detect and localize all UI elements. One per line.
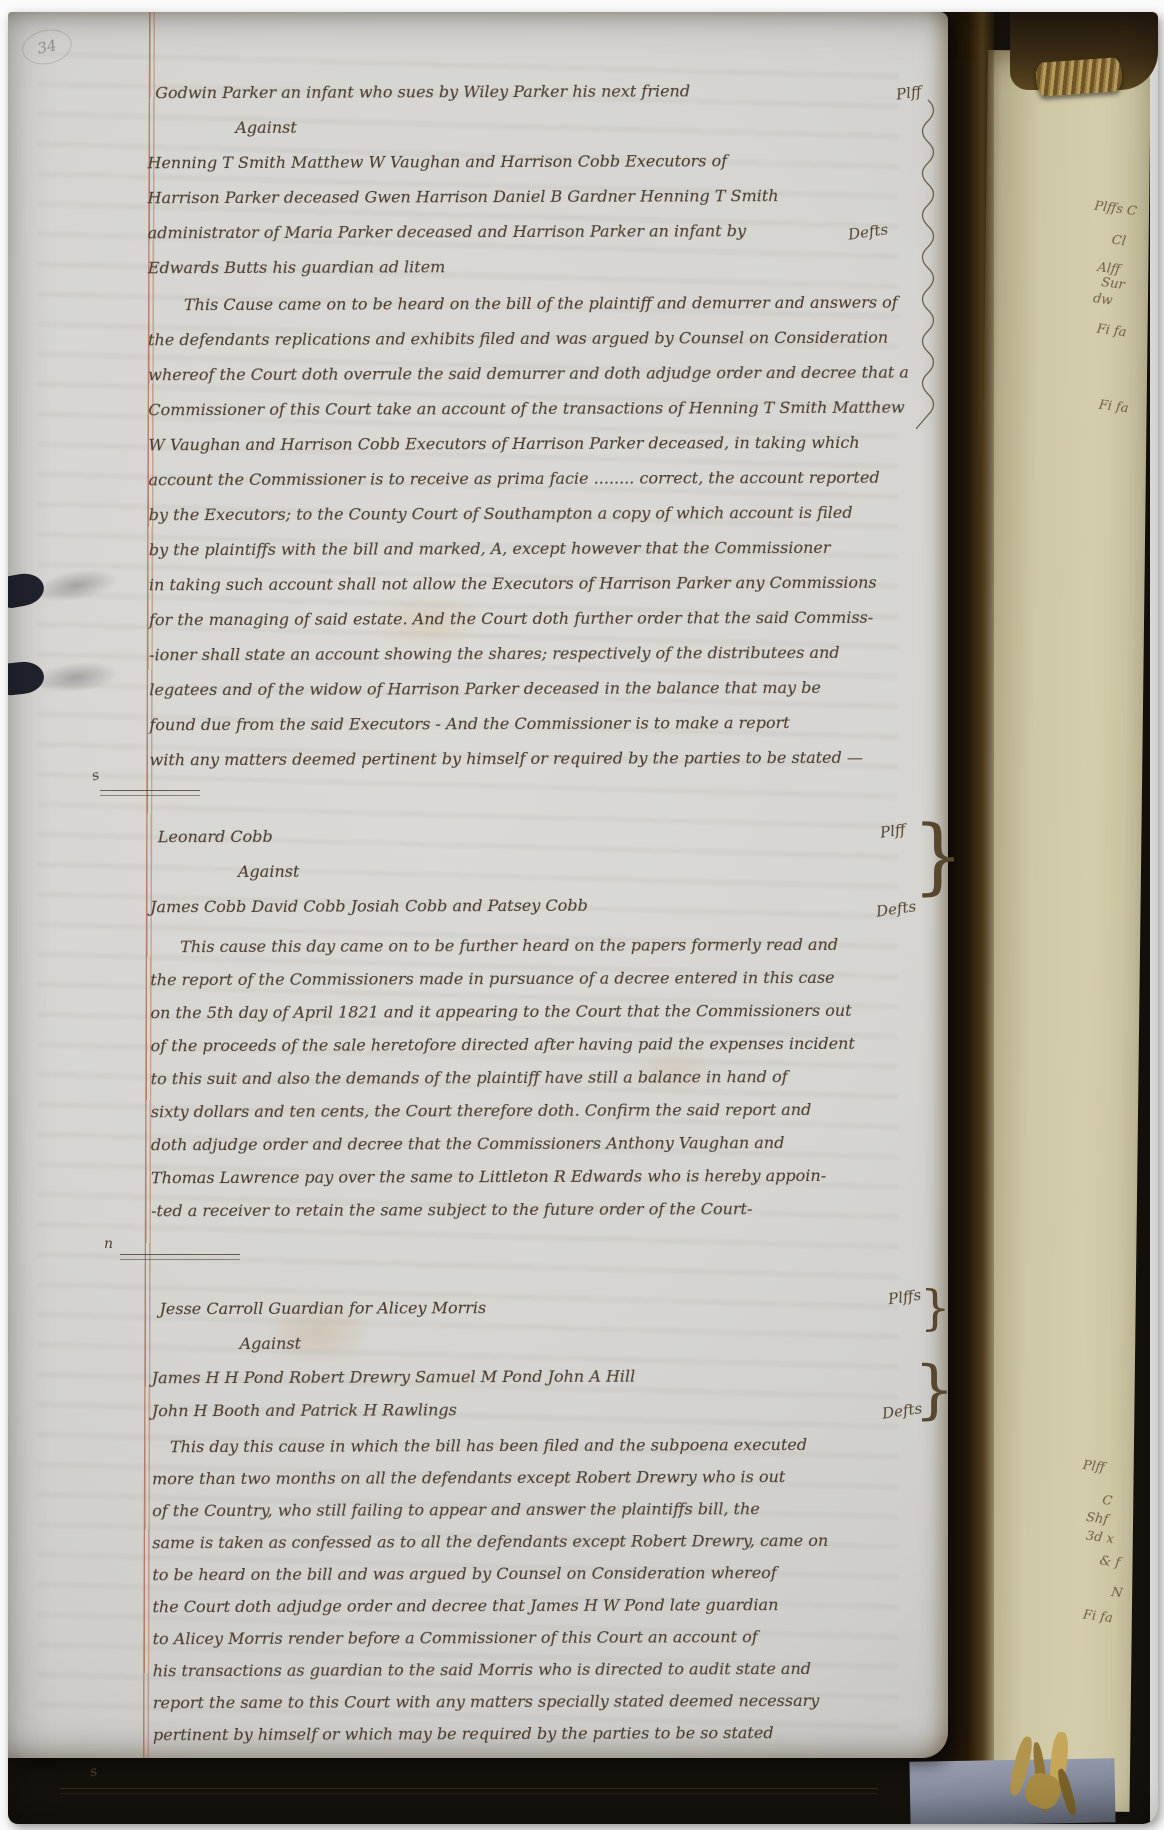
defendant-line: Henning T Smith Matthew W Vaughan and Ha… — [147, 143, 893, 181]
decree-line: by the Executors; to the County Court of… — [149, 495, 895, 533]
case-entry-1: Godwin Parker an infant who sues by Wile… — [147, 73, 895, 778]
decree-line: -ted a receiver to retain the same subje… — [151, 1192, 897, 1228]
decree-line: in taking such account shall not allow t… — [149, 565, 895, 603]
adjacent-page-note: Shf — [1085, 1510, 1109, 1528]
case-entry-2: Leonard Cobb Against James Cobb David Co… — [150, 817, 897, 1228]
decree-line: This Cause came on to be heard on the bi… — [148, 285, 894, 323]
brace-squiggle — [916, 98, 940, 434]
binder-clip-icon — [8, 660, 46, 696]
plaintiff-line: Jesse Carroll Guardian for Alicey Morris — [151, 1289, 897, 1327]
decree-line: -ioner shall state an account showing th… — [149, 635, 895, 673]
adjacent-page-note: C — [1101, 1493, 1113, 1509]
decree-line: pertinent by himself or which may be req… — [153, 1717, 899, 1752]
decree-line: on the 5th day of April 1821 and it appe… — [150, 994, 896, 1030]
adjacent-page: Plffs C Cl Alff Sur dw Fi fa Fi fa Plff … — [966, 50, 1150, 1812]
versus-line: Against — [152, 1324, 898, 1362]
defendant-lines: James Cobb David Cobb Josiah Cobb and Pa… — [150, 887, 896, 925]
decree-line: the defendants replications and exhibits… — [148, 320, 894, 358]
adjacent-page-note: Plff — [1082, 1458, 1106, 1476]
adjacent-page-note: & f — [1099, 1553, 1121, 1571]
decree-body: This cause this day came on to be furthe… — [150, 928, 897, 1228]
decree-line: report the same to this Court with any m… — [153, 1685, 899, 1720]
defendant-line: James Cobb David Cobb Josiah Cobb and Pa… — [150, 887, 896, 925]
versus-line: Against — [150, 852, 896, 890]
frayed-binding-threads — [996, 1728, 1116, 1824]
decree-line: of the Country, who still failing to app… — [152, 1493, 898, 1528]
decree-line: to be heard on the bill and was argued b… — [152, 1557, 898, 1592]
adjacent-page-note: Fi fa — [1096, 322, 1128, 341]
defendant-line: administrator of Maria Parker deceased a… — [148, 213, 894, 251]
divider-flourish: s — [88, 1763, 99, 1780]
adjacent-page-note: dw — [1092, 291, 1113, 308]
decree-line: the Court doth adjudge order and decree … — [152, 1589, 898, 1624]
manuscript-photo: Plffs C Cl Alff Sur dw Fi fa Fi fa Plff … — [8, 12, 1158, 1824]
defendant-line: Harrison Parker deceased Gwen Harrison D… — [148, 178, 894, 216]
screenshot-root: { "document": { "page_number": "34", "ca… — [0, 0, 1164, 1830]
decree-line: found due from the said Executors - And … — [149, 705, 895, 743]
defendant-line: James H H Pond Robert Drewry Samuel M Po… — [152, 1359, 898, 1395]
binding-stitches — [1035, 57, 1123, 97]
defendant-lines: James H H Pond Robert Drewry Samuel M Po… — [152, 1359, 898, 1428]
adjacent-page-note: Sur — [1100, 275, 1125, 293]
decree-line: account the Commissioner is to receive a… — [149, 460, 895, 498]
plaintiff-line: Godwin Parker an infant who sues by Wile… — [147, 73, 893, 111]
page-edge-highlight — [1150, 12, 1158, 1824]
defendant-line: Edwards Butts his guardian ad litem — [148, 248, 894, 286]
plaintiff-abbrev-label: Plffs — [887, 1286, 922, 1308]
plaintiff-line: Leonard Cobb — [150, 817, 896, 855]
decree-line: to Alicey Morris render before a Commiss… — [153, 1621, 899, 1656]
curly-brace: } — [920, 1284, 951, 1332]
defendant-lines: Henning T Smith Matthew W Vaughan and Ha… — [147, 143, 893, 286]
decree-line: his transactions as guardian to the said… — [153, 1653, 899, 1688]
decree-line: with any matters deemed pertinent by him… — [149, 740, 895, 778]
plaintiff-abbrev-label: Plff — [879, 820, 907, 841]
decree-line: legatees and of the widow of Harrison Pa… — [149, 670, 895, 708]
decree-body: This Cause came on to be heard on the bi… — [148, 285, 896, 778]
adjacent-page-note: N — [1110, 1585, 1123, 1601]
decree-line: more than two months on all the defendan… — [152, 1461, 898, 1496]
adjacent-page-note: Plffs C — [1093, 199, 1137, 220]
page-bottom-rule — [60, 1788, 878, 1794]
adjacent-page-note: Cl — [1111, 233, 1127, 250]
defendant-line: John H Booth and Patrick H Rawlings — [152, 1392, 898, 1428]
decree-body: This day this cause in which the bill ha… — [152, 1429, 899, 1752]
curly-brace: } — [912, 816, 964, 898]
decree-line: sixty dollars and ten cents, the Court t… — [151, 1093, 897, 1129]
decree-line: W Vaughan and Harrison Cobb Executors of… — [148, 425, 894, 463]
decree-line: the report of the Commissioners made in … — [150, 961, 896, 997]
section-divider — [100, 790, 200, 796]
handwritten-text-column: Godwin Parker an infant who sues by Wile… — [147, 12, 899, 1759]
divider-flourish: n — [104, 1236, 113, 1252]
section-divider — [120, 1254, 240, 1260]
decree-line: whereof the Court doth overrule the said… — [148, 355, 894, 393]
decree-line: of the proceeds of the sale heretofore d… — [151, 1027, 897, 1063]
case-entry-3: Jesse Carroll Guardian for Alicey Morris… — [151, 1289, 899, 1752]
decree-line: Commissioner of this Court take an accou… — [148, 390, 894, 428]
page-number-stamp: 34 — [19, 25, 75, 69]
decree-line: This cause this day came on to be furthe… — [150, 928, 896, 964]
binder-clip-icon — [8, 570, 46, 609]
decree-line: for the managing of said estate. And the… — [149, 600, 895, 638]
adjacent-page-note: Fi fa — [1082, 1608, 1114, 1627]
decree-line: doth adjudge order and decree that the C… — [151, 1126, 897, 1162]
manuscript-page: 34 Godwin Parker an infant who sues by W… — [8, 12, 948, 1758]
decree-line: This day this cause in which the bill ha… — [152, 1429, 898, 1464]
versus-line: Against — [147, 108, 893, 146]
divider-flourish: s — [90, 767, 102, 784]
adjacent-page-note: Fi fa — [1098, 398, 1130, 417]
decree-line: to this suit and also the demands of the… — [151, 1060, 897, 1096]
decree-line: Thomas Lawrence pay over the same to Lit… — [151, 1159, 897, 1195]
adjacent-page-note: 3d x — [1085, 1529, 1115, 1548]
decree-line: by the plaintiffs with the bill and mark… — [149, 530, 895, 568]
decree-line: same is taken as confessed as to all the… — [152, 1525, 898, 1560]
